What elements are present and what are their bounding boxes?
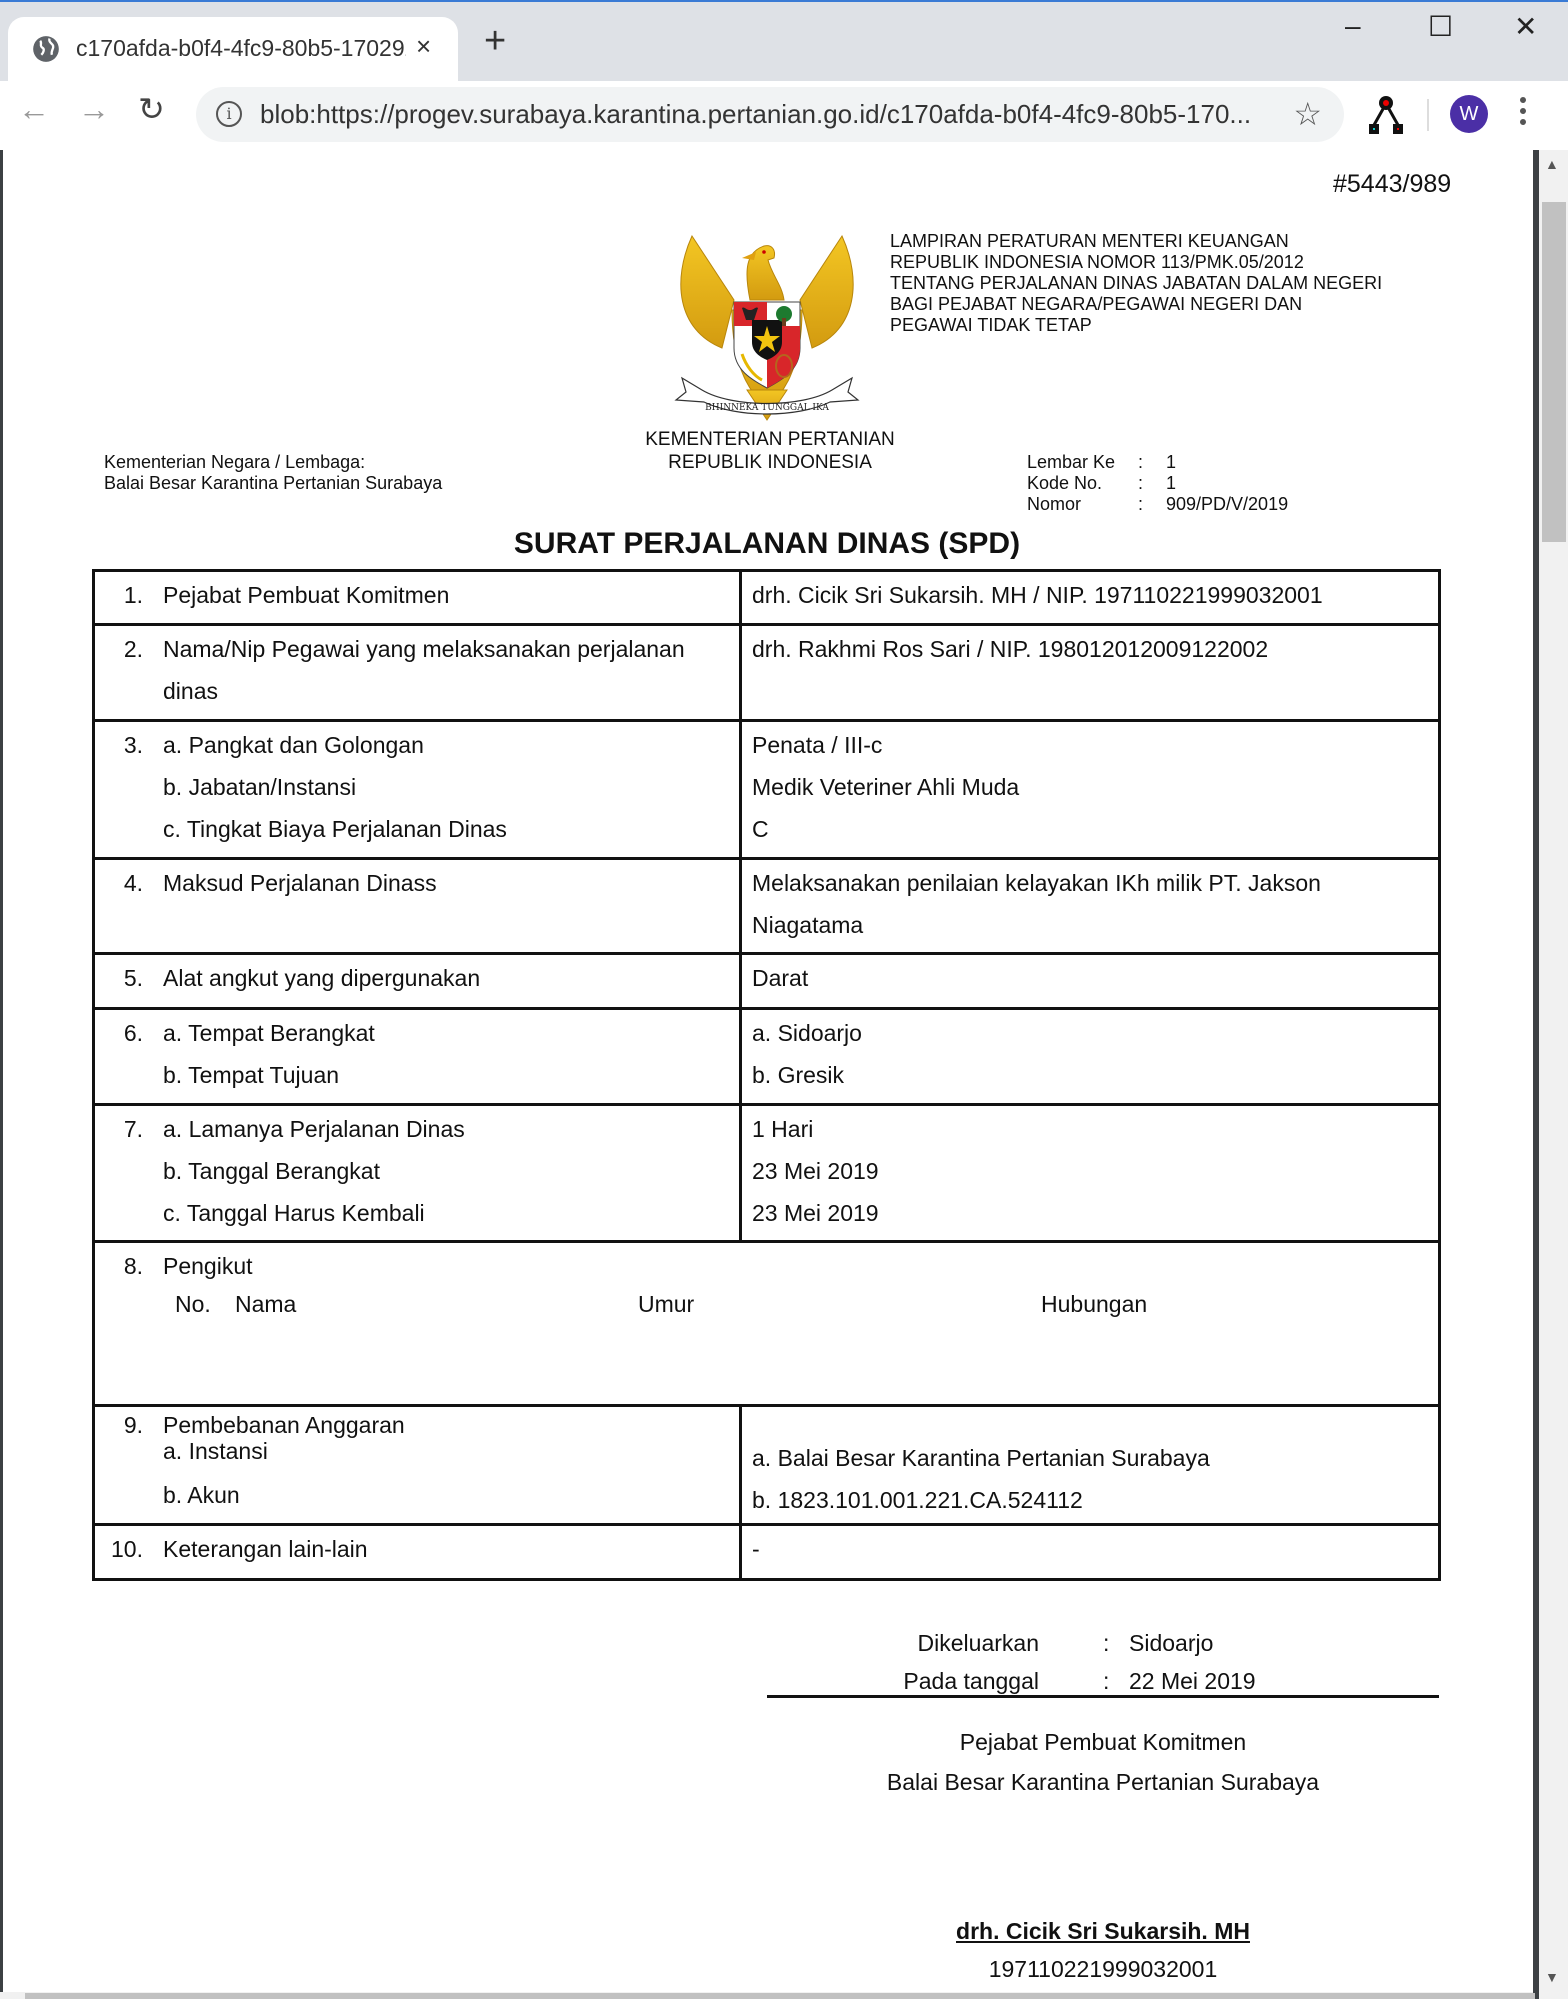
row-value: Niagatama xyxy=(752,906,1438,948)
row-value: 23 Mei 2019 xyxy=(752,1194,1438,1236)
vertical-scroll-thumb[interactable] xyxy=(1542,202,1566,542)
ministry-heading: KEMENTERIAN PERTANIAN REPUBLIK INDONESIA xyxy=(620,428,920,474)
row-number: 6. xyxy=(95,1014,163,1052)
table-row: 4.Maksud Perjalanan Dinass Melaksanakan … xyxy=(94,859,1440,954)
regulation-line: TENTANG PERJALANAN DINAS JABATAN DALAM N… xyxy=(890,273,1382,294)
table-row: 2.Nama/Nip Pegawai yang melaksanakan per… xyxy=(94,625,1440,721)
meta-value: 909/PD/V/2019 xyxy=(1166,494,1288,515)
document-meta: Lembar Ke : 1 Kode No. : 1 Nomor : 909/P… xyxy=(1027,452,1288,515)
regulation-line: BAGI PEJABAT NEGARA/PEGAWAI NEGERI DAN xyxy=(890,294,1382,315)
table-row: 8.Pengikut No. Nama Umur Hubungan xyxy=(94,1242,1440,1406)
column-no: No. xyxy=(175,1289,211,1319)
meta-sep: : xyxy=(1138,452,1166,473)
row-value: a. Sidoarjo xyxy=(752,1014,1438,1056)
meta-key: Nomor xyxy=(1027,494,1138,515)
extension-icon[interactable] xyxy=(1368,95,1404,135)
table-row: 9.Pembebanan Anggaran a. Instansi b. Aku… xyxy=(94,1406,1440,1525)
meta-value: 1 xyxy=(1166,452,1288,473)
row-label: a. Tempat Berangkat xyxy=(163,1020,375,1046)
row-value: a. Balai Besar Karantina Pertanian Surab… xyxy=(752,1439,1438,1481)
regulation-line: REPUBLIK INDONESIA NOMOR 113/PMK.05/2012 xyxy=(890,252,1382,273)
row-label: b. Akun xyxy=(95,1481,739,1517)
row-label: Pengikut xyxy=(163,1253,253,1279)
signer-title: Pejabat Pembuat Komitmen Balai Besar Kar… xyxy=(767,1722,1439,1802)
meta-key: Kode No. xyxy=(1027,473,1138,494)
garuda-emblem-icon: BHINNEKA TUNGGAL IKA xyxy=(672,230,862,422)
horizontal-scroll-thumb[interactable] xyxy=(25,1993,1535,1999)
regulation-line: LAMPIRAN PERATURAN MENTERI KEUANGAN xyxy=(890,231,1382,252)
tab-title: c170afda-b0f4-4fc9-80b5-170292 xyxy=(76,35,406,62)
row-number: 5. xyxy=(95,959,163,997)
toolbar-divider xyxy=(1427,99,1429,131)
row-number: 7. xyxy=(95,1110,163,1148)
row-value: drh. Rakhmi Ros Sari / NIP. 198012012009… xyxy=(752,630,1438,672)
meta-row: Kode No. : 1 xyxy=(1027,473,1288,494)
minimize-button[interactable]: – xyxy=(1345,10,1361,42)
row-value: Melaksanakan penilaian kelayakan IKh mil… xyxy=(752,864,1438,906)
signature-divider xyxy=(767,1695,1439,1698)
maximize-button[interactable]: ☐ xyxy=(1428,10,1453,43)
table-row: 6.a. Tempat Berangkat b. Tempat Tujuan a… xyxy=(94,1009,1440,1105)
row-number: 1. xyxy=(95,576,163,614)
row-number: 9. xyxy=(95,1411,163,1439)
row-value: b. Gresik xyxy=(752,1056,1438,1098)
document-number: #5443/989 xyxy=(1333,170,1451,199)
globe-icon xyxy=(32,35,60,63)
signer-institution: Balai Besar Karantina Pertanian Surabaya xyxy=(767,1762,1439,1802)
institution-value: Balai Besar Karantina Pertanian Surabaya xyxy=(104,473,442,494)
svg-text:BHINNEKA TUNGGAL IKA: BHINNEKA TUNGGAL IKA xyxy=(705,403,829,413)
meta-sep: : xyxy=(1138,473,1166,494)
column-umur: Umur xyxy=(638,1289,694,1319)
row-label: Alat angkut yang dipergunakan xyxy=(163,965,480,991)
profile-avatar[interactable]: W xyxy=(1450,95,1488,133)
address-bar[interactable]: i blob:https://progev.surabaya.karantina… xyxy=(196,87,1344,142)
row-number: 4. xyxy=(95,864,163,902)
row-label: Keterangan lain-lain xyxy=(163,1536,368,1562)
row-value: 1 Hari xyxy=(752,1110,1438,1152)
row-value: 23 Mei 2019 xyxy=(752,1152,1438,1194)
bookmark-star-icon[interactable]: ☆ xyxy=(1293,95,1322,133)
meta-key: Lembar Ke xyxy=(1027,452,1138,473)
viewport-left-border xyxy=(0,150,3,1992)
issued-value: Sidoarjo xyxy=(1129,1624,1213,1662)
forward-button[interactable]: → xyxy=(78,93,110,125)
window-accent-line xyxy=(0,0,1568,2)
row-number: 3. xyxy=(95,726,163,764)
horizontal-scrollbar[interactable] xyxy=(0,1992,1533,1999)
meta-sep: : xyxy=(1138,494,1166,515)
row-value: - xyxy=(752,1530,1438,1572)
issued-row: Dikeluarkan : Sidoarjo xyxy=(767,1624,1439,1662)
institution-block: Kementerian Negara / Lembaga: Balai Besa… xyxy=(104,452,442,494)
regulation-reference: LAMPIRAN PERATURAN MENTERI KEUANGAN REPU… xyxy=(890,231,1382,336)
signer-nip: 197110221999032001 xyxy=(767,1956,1439,1983)
row-value: b. 1823.101.001.221.CA.524112 xyxy=(752,1481,1438,1523)
row-number: 8. xyxy=(95,1247,163,1285)
row-label: b. Tanggal Berangkat xyxy=(95,1152,739,1194)
column-hubungan: Hubungan xyxy=(1041,1289,1147,1319)
ministry-line: REPUBLIK INDONESIA xyxy=(620,451,920,474)
row-label: b. Tempat Tujuan xyxy=(95,1056,739,1098)
row-label: c. Tingkat Biaya Perjalanan Dinas xyxy=(95,810,739,852)
row-label: a. Instansi xyxy=(95,1439,739,1481)
close-window-button[interactable]: ✕ xyxy=(1514,10,1537,43)
new-tab-button[interactable]: + xyxy=(484,22,506,60)
companions-header: No. Nama Umur Hubungan xyxy=(95,1289,1438,1321)
row-value: Darat xyxy=(752,959,1438,1001)
issued-info: Dikeluarkan : Sidoarjo Pada tanggal : 22… xyxy=(767,1624,1439,1700)
signer-position: Pejabat Pembuat Komitmen xyxy=(767,1722,1439,1762)
spd-table: 1.Pejabat Pembuat Komitmen drh. Cicik Sr… xyxy=(92,569,1441,1581)
scroll-up-arrow-icon[interactable]: ▲ xyxy=(1545,156,1559,172)
ministry-line: KEMENTERIAN PERTANIAN xyxy=(620,428,920,451)
table-row: 10.Keterangan lain-lain - xyxy=(94,1525,1440,1580)
row-label: Maksud Perjalanan Dinass xyxy=(163,870,437,896)
reload-button[interactable]: ↻ xyxy=(138,93,165,125)
row-label: c. Tanggal Harus Kembali xyxy=(95,1194,739,1236)
meta-row: Lembar Ke : 1 xyxy=(1027,452,1288,473)
row-label: a. Pangkat dan Golongan xyxy=(163,732,424,758)
row-label: Nama/Nip Pegawai yang melaksanakan perja… xyxy=(163,636,685,662)
signer-name: drh. Cicik Sri Sukarsih. MH xyxy=(767,1918,1439,1945)
document-title: SURAT PERJALANAN DINAS (SPD) xyxy=(400,527,1134,561)
site-info-icon[interactable]: i xyxy=(216,101,242,127)
url-text[interactable]: blob:https://progev.surabaya.karantina.p… xyxy=(260,99,1251,130)
issued-key: Dikeluarkan xyxy=(918,1624,1039,1662)
tab-close-icon[interactable]: × xyxy=(416,31,431,62)
row-label: Pembebanan Anggaran xyxy=(163,1412,405,1438)
row-value: Medik Veteriner Ahli Muda xyxy=(752,768,1438,810)
meta-value: 1 xyxy=(1166,473,1288,494)
table-row: 5.Alat angkut yang dipergunakan Darat xyxy=(94,954,1440,1009)
vertical-scrollbar[interactable]: ▲ ▼ xyxy=(1533,150,1568,1999)
browser-toolbar: ← → ↻ i blob:https://progev.surabaya.kar… xyxy=(0,81,1568,151)
scroll-down-arrow-icon[interactable]: ▼ xyxy=(1545,1969,1559,1985)
table-row: 1.Pejabat Pembuat Komitmen drh. Cicik Sr… xyxy=(94,571,1440,625)
issued-sep: : xyxy=(1103,1624,1109,1662)
browser-chrome: c170afda-b0f4-4fc9-80b5-170292 × + – ☐ ✕… xyxy=(0,0,1568,150)
meta-row: Nomor : 909/PD/V/2019 xyxy=(1027,494,1288,515)
row-number: 2. xyxy=(95,630,163,668)
row-label: Pejabat Pembuat Komitmen xyxy=(163,582,449,608)
back-button[interactable]: ← xyxy=(18,93,50,125)
table-row: 3.a. Pangkat dan Golongan b. Jabatan/Ins… xyxy=(94,721,1440,859)
table-row: 7.a. Lamanya Perjalanan Dinas b. Tanggal… xyxy=(94,1105,1440,1242)
kebab-menu-icon[interactable] xyxy=(1520,97,1528,130)
column-nama: Nama xyxy=(235,1289,296,1319)
row-value: Penata / III-c xyxy=(752,726,1438,768)
row-value: C xyxy=(752,810,1438,852)
row-value: drh. Cicik Sri Sukarsih. MH / NIP. 19711… xyxy=(752,576,1438,618)
institution-label: Kementerian Negara / Lembaga: xyxy=(104,452,442,473)
regulation-line: PEGAWAI TIDAK TETAP xyxy=(890,315,1382,336)
row-number: 10. xyxy=(95,1530,163,1568)
row-label-continued: dinas xyxy=(95,672,739,714)
row-label: b. Jabatan/Instansi xyxy=(95,768,739,810)
row-label: a. Lamanya Perjalanan Dinas xyxy=(163,1116,465,1142)
browser-tab[interactable]: c170afda-b0f4-4fc9-80b5-170292 × xyxy=(8,17,458,81)
